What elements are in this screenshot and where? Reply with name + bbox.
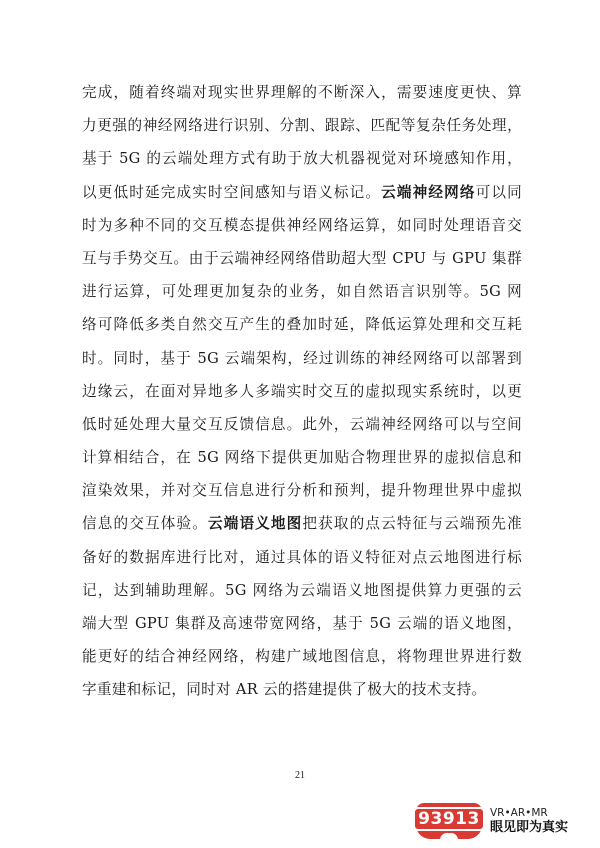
logo-text: VR•AR•MR 眼见即为真实 <box>490 807 568 836</box>
text-segment: 记，达到辅助理解。5G 网络为云端语义地图提供算力更强的云 <box>82 582 522 599</box>
text-segment: 低时延处理大量交互反馈信息。此外，云端神经网络可以与空间 <box>82 416 522 433</box>
text-segment: 能更好的结合神经网络，构建广域地图信息，将物理世界进行数 <box>82 648 522 665</box>
text-line: 能更好的结合神经网络，构建广域地图信息，将物理世界进行数 <box>82 640 522 673</box>
logo-tagline: VR•AR•MR <box>490 807 568 820</box>
page-number: 21 <box>0 770 600 781</box>
logo-digits: 93913 <box>413 807 485 831</box>
text-line: 字重建和标记，同时对 AR 云的搭建提供了极大的技术支持。 <box>82 673 522 706</box>
text-line: 端大型 GPU 集群及高速带宽网络，基于 5G 云端的语义地图， <box>82 607 522 640</box>
text-segment: 基于 5G 的云端处理方式有助于放大机器视觉对环境感知作用， <box>82 150 522 167</box>
text-segment: 可以同 <box>476 184 522 201</box>
logo-slogan: 眼见即为真实 <box>490 820 568 836</box>
text-segment: 计算相结合，在 5G 网络下提供更加贴合物理世界的虚拟信息和 <box>82 449 522 466</box>
text-segment: 互与手势交互。由于云端神经网络借助超大型 CPU 与 GPU 集群 <box>82 250 522 267</box>
text-line: 力更强的神经网络进行识别、分割、跟踪、匹配等复杂任务处理， <box>82 109 522 142</box>
text-line: 以更低时延完成实时空间感知与语义标记。云端神经网络可以同 <box>82 176 522 209</box>
text-line: 完成，随着终端对现实世界理解的不断深入，需要速度更快、算 <box>82 76 522 109</box>
text-line: 备好的数据库进行比对，通过具体的语义特征对点云地图进行标 <box>82 541 522 574</box>
text-segment: 以更低时延完成实时空间感知与语义标记。 <box>82 184 381 201</box>
text-line: 基于 5G 的云端处理方式有助于放大机器视觉对环境感知作用， <box>82 142 522 175</box>
text-line: 记，达到辅助理解。5G 网络为云端语义地图提供算力更强的云 <box>82 574 522 607</box>
text-segment: 进行运算，可处理更加复杂的业务，如自然语言识别等。5G 网 <box>82 283 522 300</box>
text-segment: 时。同时，基于 5G 云端架构，经过训练的神经网络可以部署到 <box>82 350 522 367</box>
text-segment: 时为多种不同的交互模态提供神经网络运算，如同时处理语音交 <box>82 217 522 234</box>
text-line: 边缘云，在面对异地多人多端实时交互的虚拟现实系统时，以更 <box>82 375 522 408</box>
text-segment: 络可降低多类自然交互产生的叠加时延，降低运算处理和交互耗 <box>82 316 522 333</box>
bold-term: 云端语义地图 <box>208 515 302 532</box>
text-line: 计算相结合，在 5G 网络下提供更加贴合物理世界的虚拟信息和 <box>82 441 522 474</box>
text-line: 渲染效果，并对交互信息进行分析和预判，提升物理世界中虚拟 <box>82 474 522 507</box>
text-segment: 力更强的神经网络进行识别、分割、跟踪、匹配等复杂任务处理， <box>82 117 522 134</box>
text-segment: 完成，随着终端对现实世界理解的不断深入，需要速度更快、算 <box>82 84 522 101</box>
text-segment: 信息的交互体验。 <box>82 515 208 532</box>
text-line: 低时延处理大量交互反馈信息。此外，云端神经网络可以与空间 <box>82 408 522 441</box>
text-line: 互与手势交互。由于云端神经网络借助超大型 CPU 与 GPU 集群 <box>82 242 522 275</box>
text-segment: 字重建和标记，同时对 AR 云的搭建提供了极大的技术支持。 <box>82 681 486 698</box>
vr-headset-logo-icon: 93913 <box>416 803 482 839</box>
text-segment: 边缘云，在面对异地多人多端实时交互的虚拟现实系统时，以更 <box>82 383 522 400</box>
watermark-logo: 93913 VR•AR•MR 眼见即为真实 <box>416 803 568 839</box>
text-line: 时为多种不同的交互模态提供神经网络运算，如同时处理语音交 <box>82 209 522 242</box>
text-line: 时。同时，基于 5G 云端架构，经过训练的神经网络可以部署到 <box>82 342 522 375</box>
bold-term: 云端神经网络 <box>381 184 475 201</box>
text-segment: 备好的数据库进行比对，通过具体的语义特征对点云地图进行标 <box>82 549 522 566</box>
text-segment: 把获取的点云特征与云端预先准 <box>302 515 522 532</box>
text-line: 进行运算，可处理更加复杂的业务，如自然语言识别等。5G 网 <box>82 275 522 308</box>
text-segment: 端大型 GPU 集群及高速带宽网络，基于 5G 云端的语义地图， <box>82 615 522 632</box>
document-body: 完成，随着终端对现实世界理解的不断深入，需要速度更快、算力更强的神经网络进行识别… <box>82 76 522 707</box>
text-line: 络可降低多类自然交互产生的叠加时延，降低运算处理和交互耗 <box>82 308 522 341</box>
text-line: 信息的交互体验。云端语义地图把获取的点云特征与云端预先准 <box>82 507 522 540</box>
text-segment: 渲染效果，并对交互信息进行分析和预判，提升物理世界中虚拟 <box>82 482 522 499</box>
